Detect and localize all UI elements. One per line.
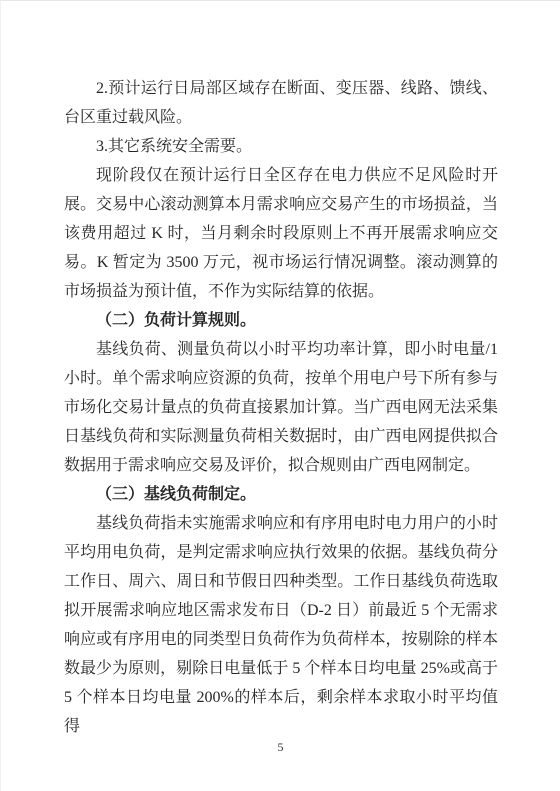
paragraph-market-loss-rule: 现阶段仅在预计运行日全区存在电力供应不足风险时开展。交易中心滚动测算本月需求响应… — [64, 161, 498, 306]
paragraph-baseline-load: 基线负荷指未实施需求响应和有序用电时电力用户的小时平均用电负荷，是判定需求响应执… — [64, 509, 498, 741]
paragraph-load-calculation: 基线负荷、测量负荷以小时平均功率计算，即小时电量/1 小时。单个需求响应资源的负… — [64, 335, 498, 480]
paragraph-overload-risk: 2.预计运行日局部区域存在断面、变压器、线路、馈线、台区重过载风险。 — [64, 74, 498, 132]
paragraph-other-safety: 3.其它系统安全需要。 — [64, 132, 498, 161]
section-heading-load-calculation: （二）负荷计算规则。 — [64, 306, 498, 335]
page-number: 5 — [1, 740, 560, 755]
section-heading-baseline-load: （三）基线负荷制定。 — [64, 480, 498, 509]
document-body: 2.预计运行日局部区域存在断面、变压器、线路、馈线、台区重过载风险。 3.其它系… — [64, 74, 498, 741]
document-page: 2.预计运行日局部区域存在断面、变压器、线路、馈线、台区重过载风险。 3.其它系… — [0, 0, 560, 791]
